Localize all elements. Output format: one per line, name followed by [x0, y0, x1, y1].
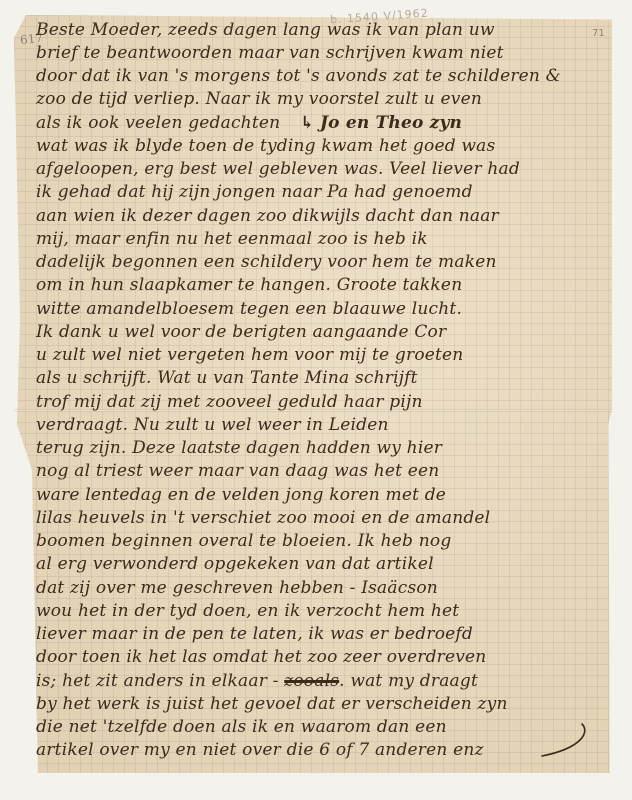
letter-line: door dat ik van 's morgens tot 's avonds… — [36, 66, 561, 86]
line-tail: . wat my draagt — [339, 671, 478, 691]
document-viewer: 617 b. 1540 V/1962 71 Beste Moeder, zeed… — [0, 0, 632, 800]
letter-line: afgeloopen, erg best wel gebleven was. V… — [36, 159, 520, 179]
letter-line: boomen beginnen overal te bloeien. Ik he… — [36, 531, 451, 551]
letter-line: mij, maar enfin nu het eenmaal zoo is he… — [36, 229, 428, 249]
struck-word: zooals — [284, 671, 339, 691]
letter-line: terug zijn. Deze laatste dagen hadden wy… — [36, 438, 442, 458]
line-text: als ik ook veelen gedachten — [36, 113, 280, 133]
letter-line: trof mij dat zij met zooveel geduld haar… — [36, 392, 423, 412]
flourish-icon — [532, 722, 592, 762]
letter-line: dat zij over me geschreven hebben - Isaä… — [36, 578, 438, 598]
insertion-text: Jo en Theo zyn — [320, 113, 462, 133]
letter-line: wat was ik blyde toen de tyding kwam het… — [36, 136, 495, 156]
letter-line: by het werk is juist het gevoel dat er v… — [36, 694, 508, 714]
letter-line: lilas heuvels in 't verschiet zoo mooi e… — [36, 508, 490, 528]
letter-line: ware lentedag en de velden jong koren me… — [36, 485, 446, 505]
letter-line: artikel over my en niet over die 6 of 7 … — [36, 740, 484, 760]
letter-line: nog al triest weer maar van daag was het… — [36, 461, 439, 481]
letter-line: verdraagt. Nu zult u wel weer in Leiden — [36, 415, 389, 435]
letter-line: ik gehad dat hij zijn jongen naar Pa had… — [36, 182, 473, 202]
letter-line: al erg verwonderd opgekeken van dat arti… — [36, 554, 434, 574]
letter-line: dadelijk begonnen een schildery voor hem… — [36, 252, 497, 272]
letter-line: die net 'tzelfde doen als ik en waarom d… — [36, 717, 447, 737]
letter-line: is; het zit anders in elkaar - zooals. w… — [36, 671, 478, 691]
letter-line: Ik dank u wel voor de berigten aangaande… — [36, 322, 446, 342]
letter-line: Beste Moeder, zeeds dagen lang was ik va… — [36, 20, 495, 40]
margin-mark: 71 — [592, 28, 605, 39]
letter-line: brief te beantwoorden maar van schrijven… — [36, 43, 504, 63]
letter-line: wou het in der tyd doen, en ik verzocht … — [36, 601, 459, 621]
letter-line: om in hun slaapkamer te hangen. Groote t… — [36, 275, 462, 295]
letter-line: aan wien ik dezer dagen zoo dikwijls dac… — [36, 206, 499, 226]
letter-line: u zult wel niet vergeten hem voor mij te… — [36, 345, 463, 365]
letter-line: als ik ook veelen gedachten ↳ Jo en Theo… — [36, 113, 462, 133]
line-text: is; het zit anders in elkaar - — [36, 671, 279, 691]
letter-line: door toen ik het las omdat het zoo zeer … — [36, 647, 486, 667]
letter-line: witte amandelbloesem tegen een blaauwe l… — [36, 299, 462, 319]
letter-line: als u schrijft. Wat u van Tante Mina sch… — [36, 368, 418, 388]
letter-line: liever maar in de pen te laten, ik was e… — [36, 624, 473, 644]
letter-line: zoo de tijd verliep. Naar ik my voorstel… — [36, 89, 482, 109]
insertion-mark-icon: ↳ — [300, 113, 314, 133]
